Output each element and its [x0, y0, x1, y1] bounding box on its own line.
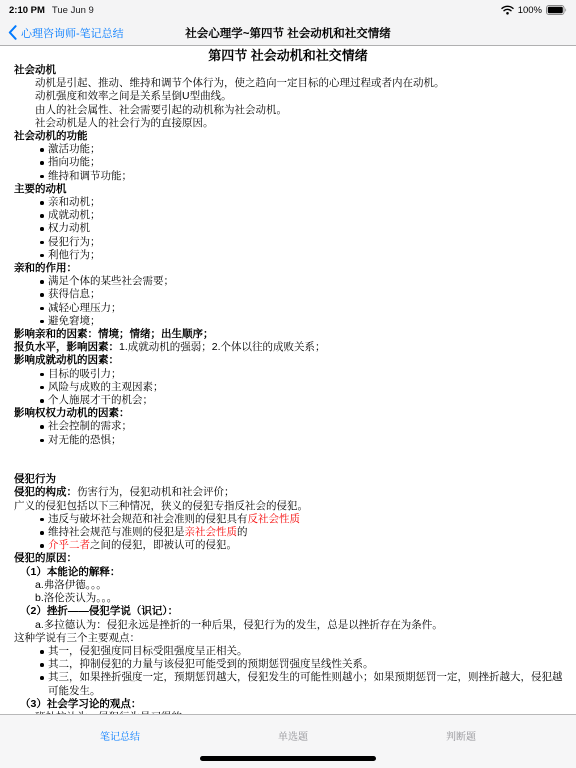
note-line: 个人施展才干的机会；	[0, 394, 576, 407]
note-line: 亲和的作用：	[0, 262, 576, 275]
back-button-label: 心理咨询师-笔记总结	[21, 25, 124, 41]
note-line: 激活功能；	[0, 143, 576, 156]
note-line: 介乎二者之间的侵犯，即被认可的侵犯。	[0, 539, 576, 552]
note-line: 避免窘境；	[0, 315, 576, 328]
note-line	[0, 460, 576, 473]
back-button[interactable]: 心理咨询师-笔记总结	[8, 20, 124, 45]
note-line: 社会动机的功能	[0, 130, 576, 143]
note-line: 其二，抑制侵犯的力量与该侵犯可能受到的预期惩罚强度呈线性关系。	[0, 658, 576, 671]
note-line: a.弗洛伊德。。。	[0, 579, 576, 592]
note-line: （1）本能论的解释：	[0, 566, 576, 579]
note-line: 其三，如果挫折强度一定，预期惩罚越大，侵犯发生的可能性则越小；如果预期惩罚一定，…	[0, 671, 576, 697]
note-line: 侵犯的原因：	[0, 552, 576, 565]
note-line: （2）挫折——侵犯学说（识记）：	[0, 605, 576, 618]
status-bar: 2:10 PM Tue Jun 9 100%	[0, 0, 576, 20]
note-line: 主要的动机	[0, 183, 576, 196]
note-line: （3）社会学习论的观点：	[0, 698, 576, 711]
note-line: a.多拉德认为：侵犯永远是挫折的一种后果，侵犯行为的发生，总是以挫折存在为条件。	[0, 619, 576, 632]
note-line: 利他行为；	[0, 249, 576, 262]
note-line: 这种学说有三个主要观点：	[0, 632, 576, 645]
note-line: 社会控制的需求；	[0, 420, 576, 433]
app-screen: 2:10 PM Tue Jun 9 100%	[0, 0, 576, 768]
chevron-left-icon	[8, 25, 17, 40]
note-line: 获得信息；	[0, 288, 576, 301]
tab-judgment[interactable]: 判断题	[446, 728, 476, 743]
note-line: 成就动机；	[0, 209, 576, 222]
note-line	[0, 447, 576, 460]
note-line: 第四节 社会动机和社交情绪	[0, 47, 576, 64]
clock-time: 2:10 PM	[9, 5, 45, 16]
note-line: 动机是引起、推动、维持和调节个体行为，使之趋向一定目标的心理过程或者内在动机。	[0, 77, 576, 90]
note-line: 报负水平，影响因素：1.成就动机的强弱；2.个体以往的成败关系；	[0, 341, 576, 354]
wifi-icon	[501, 5, 514, 15]
clock-date: Tue Jun 9	[52, 5, 94, 16]
note-line: 社会动机	[0, 64, 576, 77]
battery-icon	[546, 5, 567, 15]
note-line: 目标的吸引力；	[0, 368, 576, 381]
home-indicator[interactable]	[200, 756, 376, 761]
note-line: 其一，侵犯强度同目标受阻强度呈正相关。	[0, 645, 576, 658]
note-line: 指向功能；	[0, 156, 576, 169]
tab-bar: 笔记总结 单选题 判断题	[0, 714, 576, 768]
tab-single-choice[interactable]: 单选题	[278, 728, 308, 743]
note-line: 减轻心理压力；	[0, 302, 576, 315]
note-line: 权力动机	[0, 222, 576, 235]
navigation-bar: 心理咨询师-笔记总结 社会心理学~第四节 社会动机和社交情绪	[0, 20, 576, 46]
note-line: 侵犯行为；	[0, 236, 576, 249]
note-line: 广义的侵犯包括以下三种情况，狭义的侵犯专指反社会的侵犯。	[0, 500, 576, 513]
note-line: 风险与成败的主观因素；	[0, 381, 576, 394]
note-line: 社会动机是人的社会行为的直接原因。	[0, 117, 576, 130]
note-line: 侵犯行为	[0, 473, 576, 486]
note-line: 维持和调节功能；	[0, 170, 576, 183]
note-line: 侵犯的构成：伤害行为，侵犯动机和社会评价；	[0, 486, 576, 499]
battery-percent: 100%	[518, 5, 542, 16]
note-line: b.洛伦茨认为。。。	[0, 592, 576, 605]
note-line: 动机强度和效率之间是关系呈倒U型曲线。	[0, 90, 576, 103]
note-line: 影响成就动机的因素：	[0, 354, 576, 367]
note-line: 对无能的恐惧；	[0, 434, 576, 447]
notes-content[interactable]: 第四节 社会动机和社交情绪社会动机动机是引起、推动、维持和调节个体行为，使之趋向…	[0, 46, 576, 714]
page-title: 社会心理学~第四节 社会动机和社交情绪	[185, 20, 390, 45]
note-line: 满足个体的某些社会需要；	[0, 275, 576, 288]
note-line: 维持社会规范与准则的侵犯是亲社会性质的	[0, 526, 576, 539]
note-line: 影响亲和的因素：情境；情绪；出生顺序；	[0, 328, 576, 341]
note-line: 亲和动机；	[0, 196, 576, 209]
note-line: 影响权权力动机的因素：	[0, 407, 576, 420]
note-line: 违反与破坏社会规范和社会准则的侵犯具有反社会性质	[0, 513, 576, 526]
tab-notes-summary[interactable]: 笔记总结	[100, 728, 140, 743]
note-line: 由人的社会属性、社会需要引起的动机称为社会动机。	[0, 104, 576, 117]
